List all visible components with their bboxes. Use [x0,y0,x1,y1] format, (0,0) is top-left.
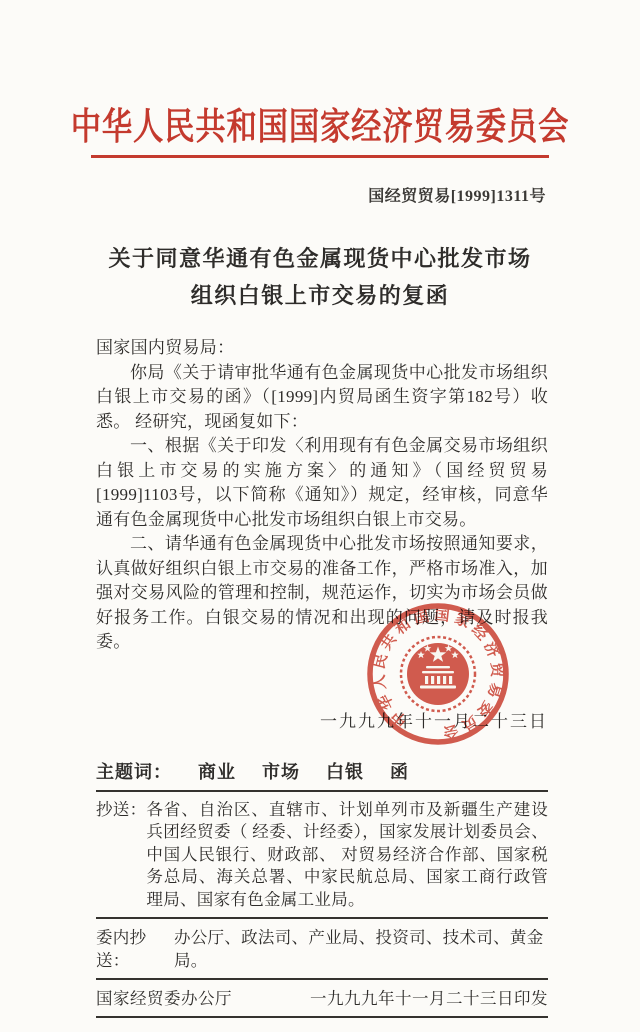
divider-rule-3 [96,978,548,980]
internal-cc-row: 委内抄送： 办公厅、政法司、产业局、投资司、技术司、黄金局。 [96,926,548,972]
subject-term: 白银 [326,758,364,784]
salutation: 国家国内贸易局： [96,336,548,361]
subject-label: 主题词： [96,758,172,784]
letterhead-divider [91,155,549,158]
signature-date: 一九九九年十一月二十三日 [96,707,548,732]
cc-block: 抄送： 各省、自治区、直辖市、计划单列市及新疆生产建设兵团经贸委（ 经委、计经委… [96,799,548,912]
subject-term: 函 [390,758,409,784]
cc-list: 各省、自治区、直辖市、计划单列市及新疆生产建设兵团经贸委（ 经委、计经委），国家… [146,799,548,912]
subject-term: 商业 [198,758,236,784]
divider-rule-2 [96,917,548,919]
paragraph-item-1: 一、根据《关于印发〈利用现有有色金属交易市场组织白银上市交易的实施方案〉的通知》… [96,434,548,532]
subject-terms-row: 主题词： 商业 市场 白银 函 [96,758,548,784]
internal-cc-list: 办公厅、政法司、产业局、投资司、技术司、黄金局。 [174,926,548,972]
subject-term: 市场 [262,758,300,784]
cc-label: 抄送： [96,799,146,912]
title-line-2: 组织白银上市交易的复函 [0,277,640,314]
title-line-1: 关于同意华通有色金属现货中心批发市场 [0,240,640,277]
official-letter-page: 中华人民共和国国家经济贸易委员会 国经贸贸易[1999]1311号 关于同意华通… [0,0,640,1032]
letter-body: 国家国内贸易局： 你局《关于请审批华通有色金属现货中心批发市场组织白银上市交易的… [96,336,548,655]
paragraph-item-2: 二、请华通有色金属现货中心批发市场按照通知要求，认真做好组织白银上市交易的准备工… [96,532,548,655]
issuing-office: 国家经贸委办公厅 [96,987,232,1010]
letterhead: 中华人民共和国国家经济贸易委员会 [0,0,640,158]
print-date: 一九九九年十一月二十三日印发 [310,987,548,1010]
document-number: 国经贸贸易[1999]1311号 [96,183,546,206]
divider-rule-1 [96,790,548,792]
divider-rule-4 [96,1016,548,1018]
paragraph-intro: 你局《关于请审批华通有色金属现货中心批发市场组织白银上市交易的函》（[1999]… [96,361,548,435]
issuer-row: 国家经贸委办公厅 一九九九年十一月二十三日印发 [96,987,548,1010]
internal-cc-label: 委内抄送： [96,926,174,972]
document-title: 关于同意华通有色金属现货中心批发市场 组织白银上市交易的复函 [0,240,640,314]
agency-name: 中华人民共和国国家经济贸易委员会 [71,96,570,150]
